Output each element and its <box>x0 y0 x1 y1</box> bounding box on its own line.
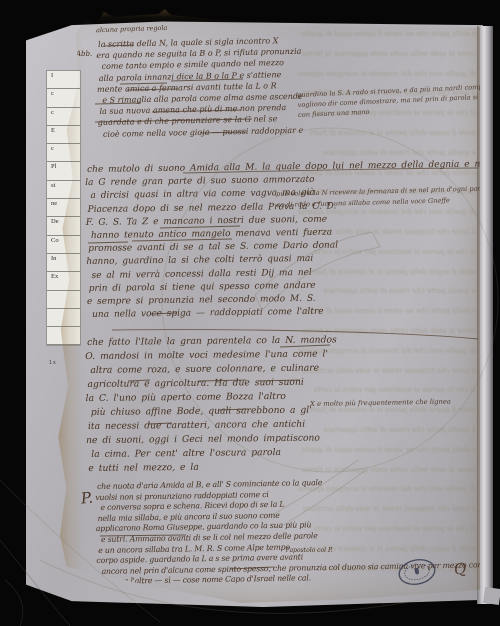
manuscript-scan: IccEcPlstneDeCoInEx 1 x e della parte ch… <box>0 0 500 626</box>
form-footer-label: 1 x <box>49 360 56 366</box>
paragraph-3: che fatto l'Itale la gran parentela co l… <box>87 333 338 476</box>
handwriting-line: ne di suoni, oggi i Geci nel mondo impat… <box>86 431 338 448</box>
form-row-label: I <box>47 71 80 89</box>
manuscript-page: e della parte che ne viene il suono assa… <box>54 8 480 604</box>
paragraph-initial: P. <box>80 488 94 507</box>
interline-note: l'apostolo col P. <box>286 547 333 554</box>
corner-flourish-mark: Q <box>453 559 468 579</box>
paragraph-1: la scritta della N, la quale si sigla in… <box>98 35 303 140</box>
paragraph-4: che nuota d'aria Amida al B, e all' S co… <box>97 475 500 588</box>
handwriting-line: e tutti nel mezzo, e la <box>88 459 338 476</box>
margin-mark: Abb. <box>76 50 92 58</box>
sheet-corner <box>483 587 500 605</box>
header-note: alcuna propria regola <box>96 24 168 34</box>
handwriting-line: agricoltura e agricoltura. Ha due suoi s… <box>87 375 337 392</box>
paragraph-2: che mutolo di suono Amida alla M. la qua… <box>87 157 500 322</box>
